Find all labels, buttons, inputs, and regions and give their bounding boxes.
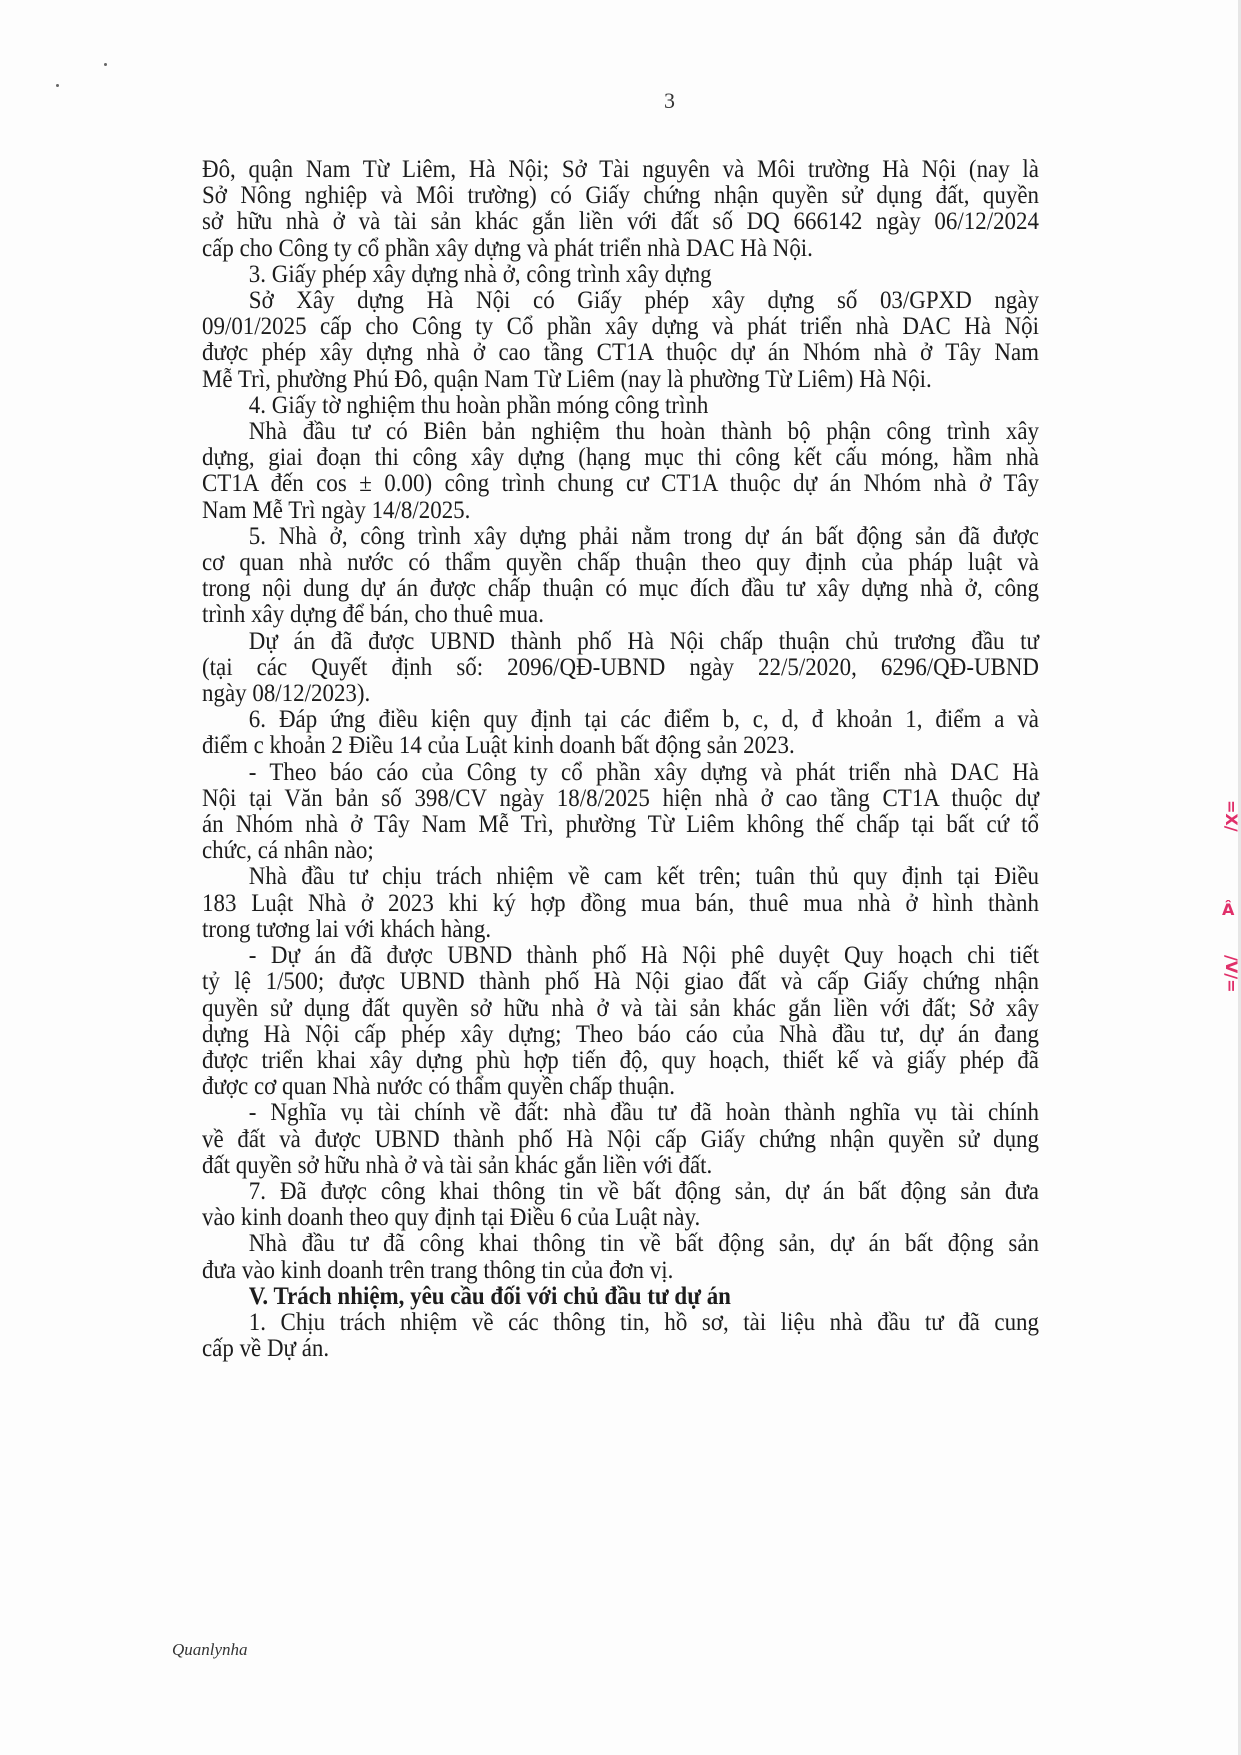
text-line: 183 Luật Nhà ở 2023 khi ký hợp đồng mua … <box>202 890 1039 916</box>
paragraph: 4. Giấy tờ nghiệm thu hoàn phần móng côn… <box>202 392 1039 418</box>
page-number: 3 <box>664 88 675 114</box>
text-line: về đất và được UBND thành phố Hà Nội cấp… <box>202 1126 1039 1152</box>
text-line: cấp cho Công ty cổ phần xây dựng và phát… <box>202 235 1039 261</box>
footer-label: Quanlynha <box>172 1640 248 1660</box>
text-line: Mễ Trì, phường Phú Đô, quận Nam Từ Liêm … <box>202 366 1039 392</box>
paragraph: - Nghĩa vụ tài chính về đất: nhà đầu tư … <box>202 1099 1039 1178</box>
text-line: được cơ quan Nhà nước có thẩm quyền chấp… <box>202 1073 1039 1099</box>
text-line: 4. Giấy tờ nghiệm thu hoàn phần móng côn… <box>202 392 1039 418</box>
document-page: 3 Đô, quận Nam Từ Liêm, Hà Nội; Sở Tài n… <box>0 0 1241 1755</box>
text-line: Đô, quận Nam Từ Liêm, Hà Nội; Sở Tài ngu… <box>202 156 1039 182</box>
text-line: sở hữu nhà ở và tài sản khác gắn liền vớ… <box>202 208 1039 234</box>
text-line: trong nội dung dự án được chấp thuận có … <box>202 575 1039 601</box>
paragraph: 7. Đã được công khai thông tin về bất độ… <box>202 1178 1039 1230</box>
paragraph: - Dự án đã được UBND thành phố Hà Nội ph… <box>202 942 1039 1099</box>
scan-speck <box>56 84 59 87</box>
paragraph: Đô, quận Nam Từ Liêm, Hà Nội; Sở Tài ngu… <box>202 156 1039 261</box>
text-line: điểm c khoản 2 Điều 14 của Luật kinh doa… <box>202 732 1039 758</box>
text-line: Nhà đầu tư có Biên bản nghiệm thu hoàn t… <box>202 418 1039 444</box>
text-line: 3. Giấy phép xây dựng nhà ở, công trình … <box>202 261 1039 287</box>
text-line: cơ quan nhà nước có thẩm quyền chấp thuậ… <box>202 549 1039 575</box>
text-line: 09/01/2025 cấp cho Công ty Cổ phần xây d… <box>202 313 1039 339</box>
text-line: chức, cá nhân nào; <box>202 837 1039 863</box>
text-line: cấp về Dự án. <box>202 1335 1039 1361</box>
text-line: dựng Hà Nội cấp phép xây dựng; Theo báo … <box>202 1021 1039 1047</box>
text-line: - Theo báo cáo của Công ty cổ phần xây d… <box>202 759 1039 785</box>
paragraph: Nhà đầu tư có Biên bản nghiệm thu hoàn t… <box>202 418 1039 523</box>
text-line: 1. Chịu trách nhiệm về các thông tin, hồ… <box>202 1309 1039 1335</box>
text-line: vào kinh doanh theo quy định tại Điều 6 … <box>202 1204 1039 1230</box>
paragraph: Nhà đầu tư chịu trách nhiệm về cam kết t… <box>202 863 1039 942</box>
text-line: Nam Mễ Trì ngày 14/8/2025. <box>202 497 1039 523</box>
paragraph: 1. Chịu trách nhiệm về các thông tin, hồ… <box>202 1309 1039 1361</box>
paragraph: 6. Đáp ứng điều kiện quy định tại các đi… <box>202 706 1039 758</box>
text-line: (tại các Quyết định số: 2096/QĐ-UBND ngà… <box>202 654 1039 680</box>
text-line: được phép xây dựng nhà ở cao tầng CT1A t… <box>202 339 1039 365</box>
text-line: Dự án đã được UBND thành phố Hà Nội chấp… <box>202 628 1039 654</box>
text-line: Nhà đầu tư đã công khai thông tin về bất… <box>202 1230 1039 1256</box>
text-line: án Nhóm nhà ở Tây Nam Mễ Trì, phường Từ … <box>202 811 1039 837</box>
text-line: - Dự án đã được UBND thành phố Hà Nội ph… <box>202 942 1039 968</box>
text-line: 5. Nhà ở, công trình xây dựng phải nằm t… <box>202 523 1039 549</box>
text-line: tỷ lệ 1/500; được UBND thành phố Hà Nội … <box>202 968 1039 994</box>
scan-speck <box>104 63 107 66</box>
text-line: 7. Đã được công khai thông tin về bất độ… <box>202 1178 1039 1204</box>
text-line: Sở Nông nghiệp và Môi trường) có Giấy ch… <box>202 182 1039 208</box>
paragraph: 5. Nhà ở, công trình xây dựng phải nằm t… <box>202 523 1039 628</box>
paragraph: - Theo báo cáo của Công ty cổ phần xây d… <box>202 759 1039 864</box>
text-line: dựng, giai đoạn thi công xây dựng (hạng … <box>202 444 1039 470</box>
text-line: quyền sử dụng đất quyền sở hữu nhà ở và … <box>202 995 1039 1021</box>
text-line: trong tương lai với khách hàng. <box>202 916 1039 942</box>
text-line: Nội tại Văn bản số 398/CV ngày 18/8/2025… <box>202 785 1039 811</box>
text-line: ngày 08/12/2023). <box>202 680 1039 706</box>
paragraph: Sở Xây dựng Hà Nội có Giấy phép xây dựng… <box>202 287 1039 392</box>
text-line: V. Trách nhiệm, yêu cầu đối với chủ đầu … <box>202 1283 1039 1309</box>
text-line: trình xây dựng để bán, cho thuê mua. <box>202 601 1039 627</box>
paragraph: Nhà đầu tư đã công khai thông tin về bất… <box>202 1230 1039 1282</box>
text-line: 6. Đáp ứng điều kiện quy định tại các đi… <box>202 706 1039 732</box>
text-line: được triển khai xây dựng phù hợp tiến độ… <box>202 1047 1039 1073</box>
text-line: đưa vào kinh doanh trên trang thông tin … <box>202 1257 1039 1283</box>
stamp-fragment: Â <box>1222 900 1234 919</box>
paragraph: Dự án đã được UBND thành phố Hà Nội chấp… <box>202 628 1039 707</box>
text-line: đất quyền sở hữu nhà ở và tài sản khác g… <box>202 1152 1039 1178</box>
text-line: Sở Xây dựng Hà Nội có Giấy phép xây dựng… <box>202 287 1039 313</box>
text-line: - Nghĩa vụ tài chính về đất: nhà đầu tư … <box>202 1099 1039 1125</box>
document-body: Đô, quận Nam Từ Liêm, Hà Nội; Sở Tài ngu… <box>202 156 1039 1361</box>
paragraph: 3. Giấy phép xây dựng nhà ở, công trình … <box>202 261 1039 287</box>
text-line: CT1A đến cos ± 0.00) công trình chung cư… <box>202 470 1039 496</box>
section-heading: V. Trách nhiệm, yêu cầu đối với chủ đầu … <box>202 1283 1039 1309</box>
text-line: Nhà đầu tư chịu trách nhiệm về cam kết t… <box>202 863 1039 889</box>
